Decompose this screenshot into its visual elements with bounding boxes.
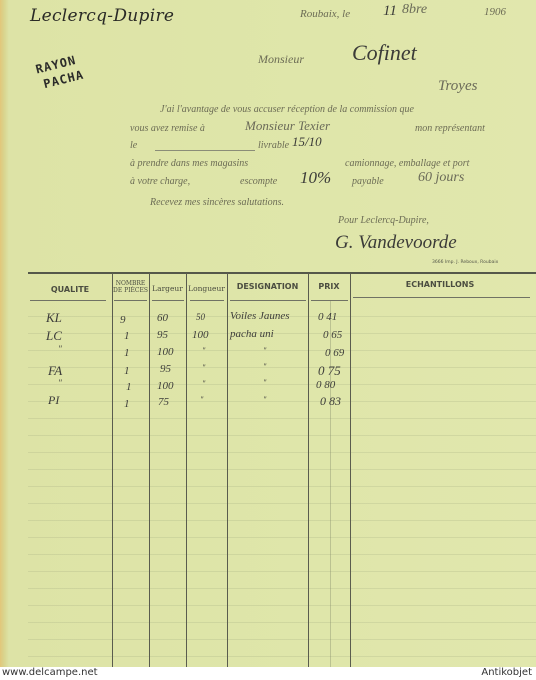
header-largeur: Largeur xyxy=(149,284,186,293)
cell-designation: Voiles Jaunes xyxy=(230,310,290,322)
header-underline xyxy=(190,300,224,301)
body-line-5-prefix: à votre charge, xyxy=(130,176,190,187)
cell-qualite: KL xyxy=(46,310,62,326)
body-line-3-mid: livrable xyxy=(258,140,289,151)
header-underline xyxy=(311,300,348,301)
cell-largeur: 95 xyxy=(157,329,168,341)
col-divider xyxy=(112,273,113,667)
watermark-left: www.delcampe.net xyxy=(2,667,98,678)
cell-prix: 0 41 xyxy=(318,311,337,323)
company-name: Leclercq-Dupire xyxy=(30,6,174,26)
recipient-name: Cofinet xyxy=(352,40,417,66)
header-underline xyxy=(230,300,306,301)
cell-longueur: " xyxy=(202,346,205,355)
closing: Recevez mes sincères salutations. xyxy=(150,197,284,208)
cell-nombre: 9 xyxy=(120,314,126,326)
signature: G. Vandevoorde xyxy=(335,232,457,254)
printer-imprint: 3666 Imp. J. Reboux, Roubaix xyxy=(432,260,498,265)
payment-terms: 60 jours xyxy=(418,170,464,186)
watermark-footer: www.delcampe.net Antikobjet xyxy=(0,667,536,680)
cell-nombre: 1 xyxy=(126,381,132,393)
invoice-paper: Leclercq-Dupire RAYON PACHA Roubaix, le … xyxy=(0,0,536,667)
header-underline xyxy=(152,300,184,301)
signature-pour: Pour Leclercq-Dupire, xyxy=(338,215,429,226)
body-line-2-prefix: vous avez remise à xyxy=(130,123,205,134)
watermark-right: Antikobjet xyxy=(481,667,532,678)
salutation: Monsieur xyxy=(258,52,304,67)
header-designation: DESIGNATION xyxy=(227,282,308,291)
delivery-date: 15/10 xyxy=(292,134,322,150)
table-top-rule xyxy=(28,272,536,274)
cell-prix: 0 65 xyxy=(323,329,342,341)
header-qualite: QUALITE xyxy=(28,285,112,294)
rayon-pacha-stamp: RAYON PACHA xyxy=(34,51,86,93)
cell-nombre: 1 xyxy=(124,347,130,359)
recipient-city: Troyes xyxy=(438,78,477,95)
header-nombre: NOMBRE DE PIÈCES xyxy=(112,280,149,294)
cell-longueur: " xyxy=(200,395,203,404)
col-divider xyxy=(149,273,150,667)
cell-prix: 0 69 xyxy=(325,347,344,359)
body-line-2-suffix: mon représentant xyxy=(415,123,485,134)
date-place: Roubaix, le xyxy=(300,8,350,20)
cell-qualite: " xyxy=(58,344,62,354)
header-echantillons: ECHANTILLONS xyxy=(350,280,530,289)
body-line-4: à prendre dans mes magasins xyxy=(130,158,248,169)
cell-largeur: 60 xyxy=(157,312,168,324)
cell-largeur: 95 xyxy=(160,363,171,375)
header-nombre-line2: DE PIÈCES xyxy=(112,287,149,294)
cell-designation: " xyxy=(263,346,266,355)
cell-qualite: FA xyxy=(48,363,62,379)
col-divider xyxy=(350,273,351,667)
cell-designation: " xyxy=(263,395,266,404)
ruled-lines xyxy=(28,300,536,667)
date-year: 1906 xyxy=(484,6,506,18)
cell-nombre: 1 xyxy=(124,398,130,410)
representative-name: Monsieur Texier xyxy=(245,118,330,134)
cell-longueur: 50 xyxy=(196,312,205,322)
cell-largeur: 100 xyxy=(157,346,174,358)
body-line-5-payable: payable xyxy=(352,176,384,187)
cell-largeur: 75 xyxy=(158,396,169,408)
cell-qualite: " xyxy=(58,378,62,388)
body-line-3-prefix: le xyxy=(130,140,137,151)
header-nombre-line1: NOMBRE xyxy=(112,280,149,287)
date-day: 11 xyxy=(383,3,397,20)
cell-designation: pacha uni xyxy=(230,328,274,340)
cell-qualite: PI xyxy=(48,393,59,408)
body-line-1: J'ai l'avantage de vous accuser réceptio… xyxy=(160,104,414,115)
header-underline xyxy=(353,297,530,298)
col-divider xyxy=(308,273,309,667)
cell-longueur: " xyxy=(202,379,205,388)
header-underline xyxy=(114,300,147,301)
col-divider xyxy=(186,273,187,667)
cell-designation: " xyxy=(263,378,266,387)
cell-designation: " xyxy=(263,362,266,371)
discount-value: 10% xyxy=(300,168,331,188)
header-prix: PRIX xyxy=(308,282,350,291)
cell-prix: 0 83 xyxy=(320,394,341,409)
cell-longueur: " xyxy=(202,363,205,372)
header-longueur: Longueur xyxy=(186,284,227,293)
body-line-5-mid: escompte xyxy=(240,176,277,187)
cell-qualite: LC xyxy=(46,328,62,344)
date-month: 8bre xyxy=(402,2,427,18)
cell-largeur: 100 xyxy=(157,380,174,392)
cell-longueur: 100 xyxy=(192,329,209,341)
cell-nombre: 1 xyxy=(124,330,130,342)
cell-prix: 0 80 xyxy=(316,379,335,391)
header-underline xyxy=(30,300,106,301)
body-line-4-suffix: camionnage, emballage et port xyxy=(345,158,469,169)
col-divider xyxy=(227,273,228,667)
cell-prix: 0 75 xyxy=(318,363,341,379)
cell-nombre: 1 xyxy=(124,365,130,377)
blank-rule xyxy=(155,150,255,151)
